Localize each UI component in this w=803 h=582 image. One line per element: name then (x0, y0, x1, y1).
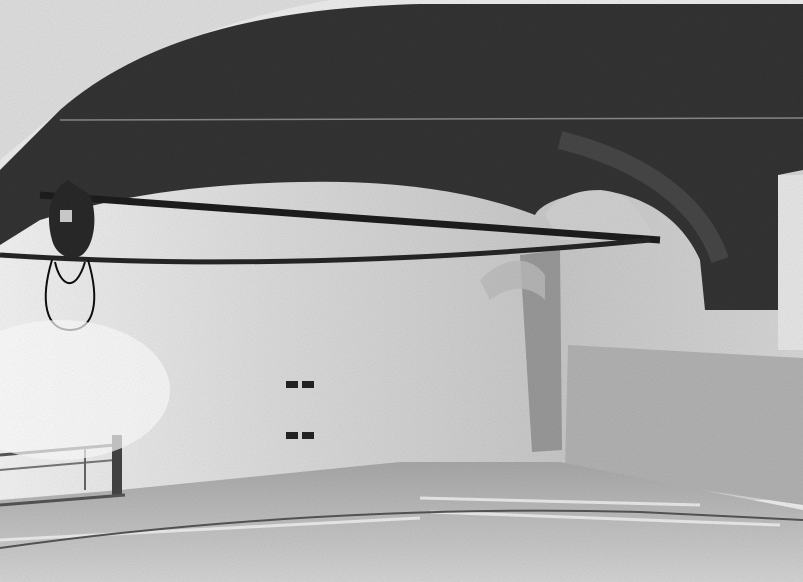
right-wall-strip (778, 175, 803, 350)
room-photograph (0, 0, 803, 582)
